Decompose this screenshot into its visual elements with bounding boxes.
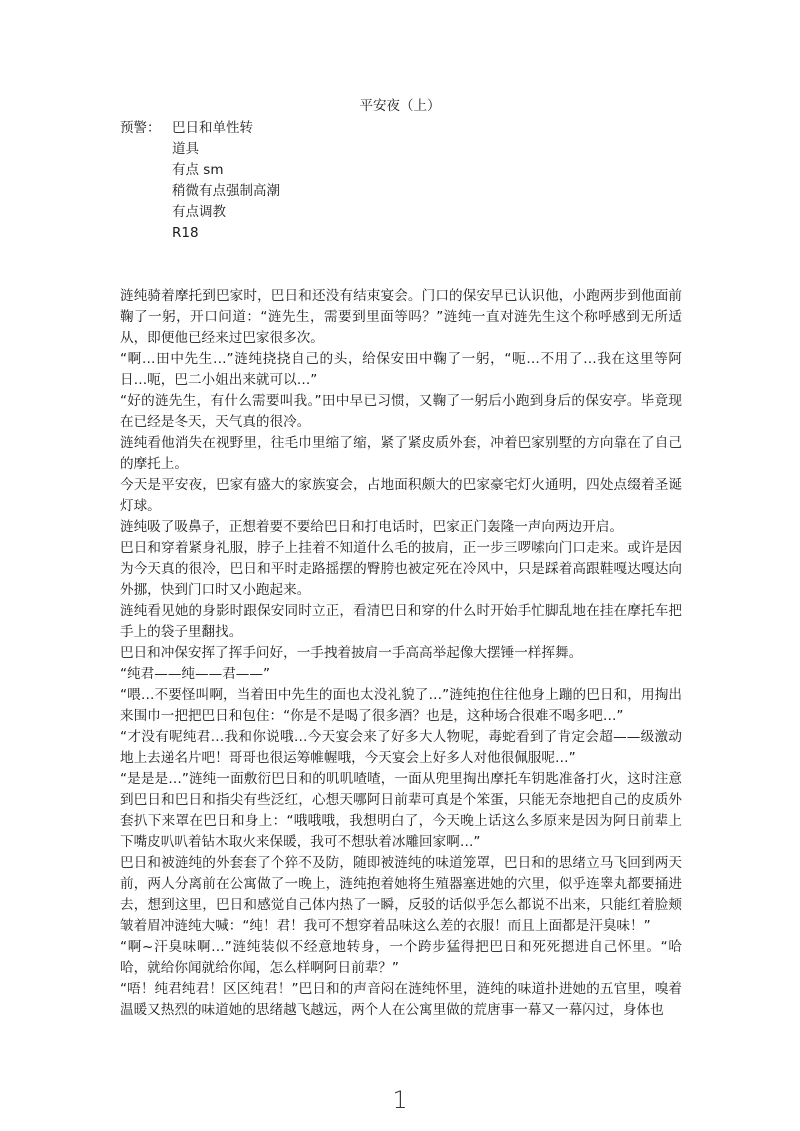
paragraph: 涟纯看他消失在视野里，往毛巾里缩了缩，紧了紧皮质外套，冲着巴家别墅的方向靠在了自… [120, 433, 682, 475]
warning-item: 有点调教 [120, 202, 280, 223]
paragraph: 巴日和穿着紧身礼服，脖子上挂着不知道什么毛的披肩，正一步三啰嗦向门口走来。或许是… [120, 538, 682, 601]
paragraph: “纯君——纯——君——” [120, 664, 682, 685]
paragraph: “喂…不要怪叫啊，当着田中先生的面也太没礼貌了…”涟纯抱住往他身上蹦的巴日和，用… [120, 685, 682, 727]
warning-item: R18 [120, 223, 280, 244]
warning-item: 巴日和单性转 [172, 118, 253, 139]
warning-row: 预警： 巴日和单性转 [120, 118, 280, 139]
paragraph: 涟纯吸了吸鼻子，正想着要不要给巴日和打电话时，巴家正门轰隆一声向两边开启。 [120, 517, 682, 538]
paragraph: “啊~汗臭味啊…”涟纯装似不经意地转身，一个跨步猛得把巴日和死死摁进自己怀里。“… [120, 937, 682, 979]
paragraph: “是是是…”涟纯一面敷衍巴日和的叽叽喳喳，一面从兜里掏出摩托车钥匙准备打火，这时… [120, 769, 682, 853]
paragraph: “好的涟先生，有什么需要叫我。”田中早已习惯，又鞠了一躬后小跑到身后的保安亭。毕… [120, 391, 682, 433]
document-title: 平安夜（上） [0, 96, 800, 116]
page-number: 1 [0, 1086, 800, 1114]
paragraph: 巴日和冲保安挥了挥手问好，一手拽着披肩一手高高举起像大摆锤一样挥舞。 [120, 643, 682, 664]
warning-item: 稍微有点强制高潮 [120, 181, 280, 202]
paragraph: 涟纯看见她的身影时跟保安同时立正，看清巴日和穿的什么时开始手忙脚乱地在挂在摩托车… [120, 601, 682, 643]
paragraph: 涟纯骑着摩托到巴家时，巴日和还没有结束宴会。门口的保安早已认识他，小跑两步到他面… [120, 286, 682, 349]
warning-item: 有点 sm [120, 160, 280, 181]
paragraph: 今天是平安夜，巴家有盛大的家族宴会，占地面积颇大的巴家豪宅灯火通明，四处点缀着圣… [120, 475, 682, 517]
paragraph: “才没有呢纯君…我和你说哦…今天宴会来了好多大人物呢，毒蛇看到了肯定会超——级激… [120, 727, 682, 769]
content-warning: 预警： 巴日和单性转 道具 有点 sm 稍微有点强制高潮 有点调教 R18 [120, 118, 280, 244]
paragraph: “唔！纯君纯君！区区纯君！”巴日和的声音闷在涟纯怀里，涟纯的味道扑进她的五官里，… [120, 979, 682, 1021]
story-body: 涟纯骑着摩托到巴家时，巴日和还没有结束宴会。门口的保安早已认识他，小跑两步到他面… [120, 286, 682, 1021]
warning-item: 道具 [120, 139, 280, 160]
paragraph: 巴日和被涟纯的外套套了个猝不及防，随即被涟纯的味道笼罩，巴日和的思绪立马飞回到两… [120, 853, 682, 937]
paragraph: “啊…田中先生…”涟纯挠挠自己的头，给保安田中鞠了一躬，“呃…不用了…我在这里等… [120, 349, 682, 391]
warning-label: 预警： [120, 118, 172, 139]
